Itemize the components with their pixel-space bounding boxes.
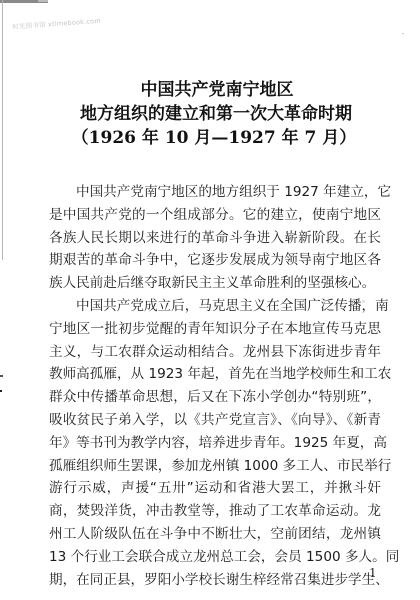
text-line: 商，焚毁洋货，冲击教堂等，推动了工农革命运动。龙 bbox=[49, 500, 381, 523]
text-line: 期艰苦的革命斗争中，它逐步发展成为领导南宁地区各 bbox=[49, 249, 381, 272]
text-line: 州工人阶级队伍在斗争中不断壮大，空前团结，龙州镇 bbox=[49, 523, 381, 546]
text-line: 各族人民长期以来进行的革命斗争进入崭新阶段。在长 bbox=[49, 227, 381, 250]
text-line: 群众中传播革命思想，后又在下冻小学创办“特别班”， bbox=[49, 386, 381, 409]
title-line-3-dates: （1926 年 10 月—1927 年 7 月） bbox=[8, 126, 420, 150]
title-line-1: 中国共产党南宁地区 bbox=[14, 78, 420, 102]
scan-speck bbox=[0, 375, 3, 377]
text-line: 期，在同正县，罗阳小学校长谢生梓经常召集进步学生、 bbox=[49, 569, 381, 592]
text-line: 是中国共产党的一个组成部分。它的建立，使南宁地区 bbox=[49, 204, 381, 227]
text-line: 吸收贫民子弟入学，以《共产党宣言》、《向导》、《新青 bbox=[49, 409, 381, 432]
text-line: 年》等书刊为教学内容，培养进步青年。1925 年夏，高 bbox=[49, 432, 381, 455]
text-line: 中国共产党南宁地区的地方组织于 1927 年建立，它 bbox=[49, 181, 381, 204]
text-line: 中国共产党成立后，马克思主义在全国广泛传播，南 bbox=[49, 295, 381, 318]
text-line: 教师高孤雁，从 1923 年起，首先在当地学校师生和工农 bbox=[49, 363, 381, 386]
text-line: 13 个行业工会联合成立龙州总工会，会员 1500 多人。同 bbox=[49, 546, 381, 569]
text-line: 主义，与工农群众运动相结合。龙州县下冻街进步青年 bbox=[49, 341, 381, 364]
text-line: 游行示威，声援“五卅”运动和省港大罢工，并揪斗奸 bbox=[49, 477, 381, 500]
page-number: 1 bbox=[369, 566, 377, 580]
text-line: 宁地区一批初步觉醒的青年知识分子在本地宣传马克思 bbox=[49, 318, 381, 341]
scan-speck bbox=[0, 390, 2, 392]
paragraph-2: 中国共产党成立后，马克思主义在全国广泛传播，南 宁地区一批初步觉醒的青年知识分子… bbox=[49, 295, 381, 591]
chapter-title: 中国共产党南宁地区 地方组织的建立和第一次大革命时期 （1926 年 10 月—… bbox=[0, 78, 420, 150]
scan-border-top-accent bbox=[38, 0, 48, 2]
text-line: 族人民前赴后继夺取新民主主义革命胜利的坚强核心。 bbox=[49, 272, 381, 295]
scan-speck bbox=[402, 33, 404, 34]
title-line-2: 地方组织的建立和第一次大革命时期 bbox=[12, 102, 420, 126]
text-line: 孤雁组织师生罢课，参加龙州镇 1000 多工人、市民举行 bbox=[49, 455, 381, 478]
body-text: 中国共产党南宁地区的地方组织于 1927 年建立，它 是中国共产党的一个组成部分… bbox=[49, 181, 381, 591]
watermark: 时光图书馆 xtimebook.com bbox=[12, 16, 101, 31]
paragraph-1: 中国共产党南宁地区的地方组织于 1927 年建立，它 是中国共产党的一个组成部分… bbox=[49, 181, 381, 295]
